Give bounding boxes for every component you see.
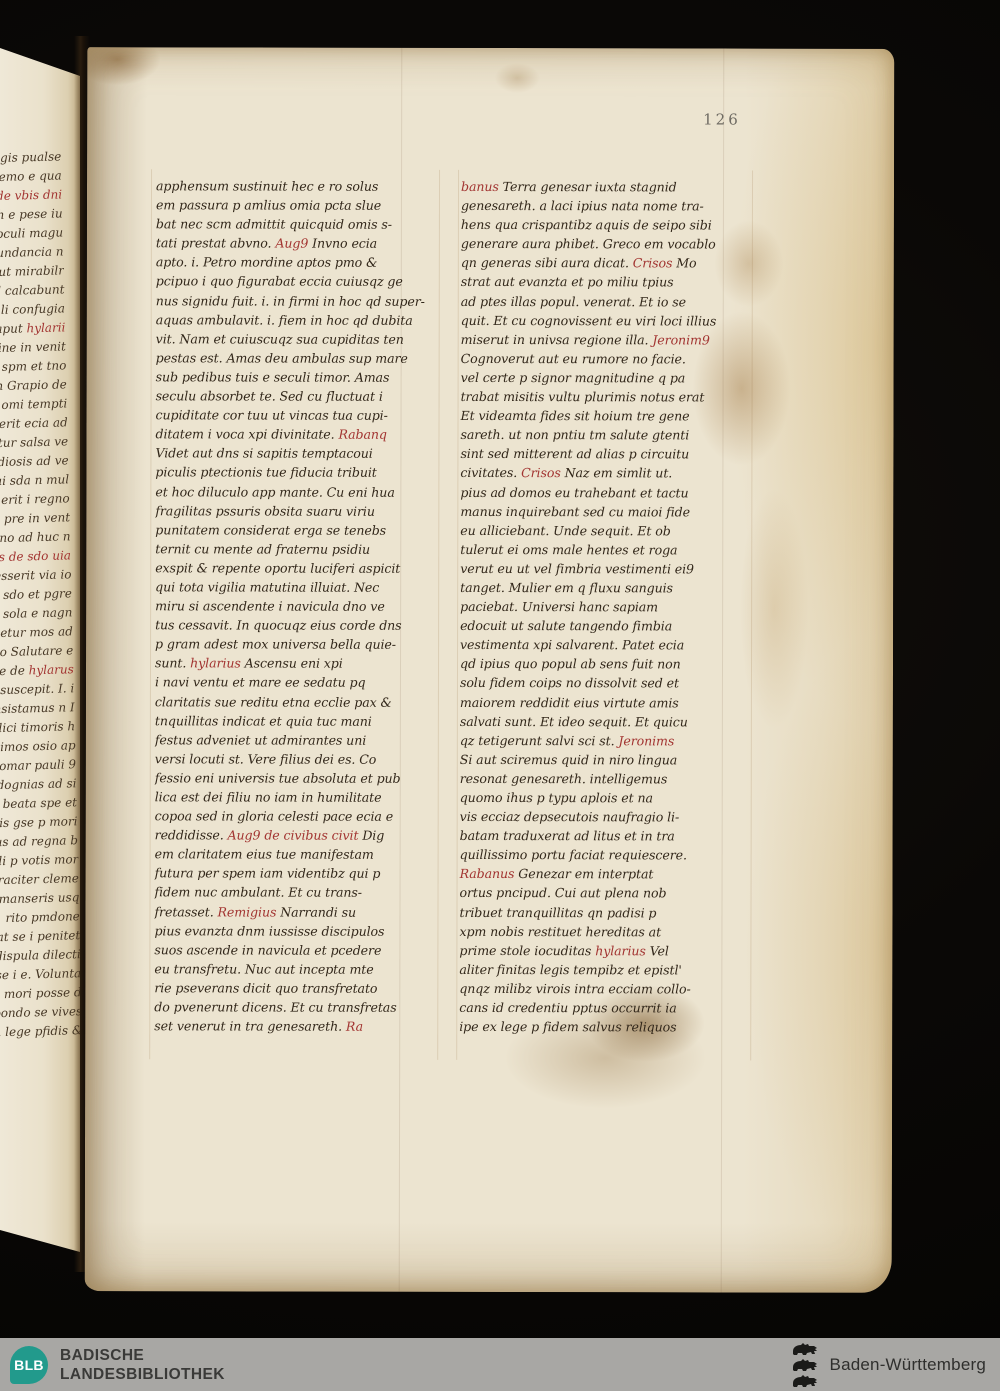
lion-icon: [790, 1374, 820, 1388]
body-text: i navi ventu et mare ee sedatu pq: [155, 675, 366, 690]
text-line: sint sed mitterent ad alias p circuitu: [460, 446, 752, 466]
body-text: b. vexat se i penitet: [0, 928, 80, 945]
body-text: ternit cu mente ad fraternu psidiu: [155, 541, 370, 556]
rubric-text: Crisos: [633, 256, 673, 271]
body-text: genesareth. a laci ipius nata nome tra-: [461, 198, 704, 214]
manuscript-column-left: apphensum sustinuit hec e ro solusem pas…: [154, 178, 444, 1038]
body-text: venit aut mirabilr: [0, 263, 64, 280]
body-text: & ad b. lege pfidis: [0, 1023, 80, 1040]
body-text: fragilitas pssuris obsita suaru viriu: [155, 503, 375, 518]
body-text: et hoc diluculo app mante. Cu eni hua: [155, 484, 394, 500]
text-line: Videt aut dns si sapitis temptacoui: [155, 446, 443, 466]
body-text: aliter finitas legis tempibz et epistl': [459, 962, 681, 977]
body-text: aquas ambulavit. i. fiem in hoc qd dubit…: [156, 312, 413, 328]
rubric-text: Ra: [346, 1019, 363, 1034]
body-text: lluta erit ecia ad: [0, 415, 68, 431]
text-line: versi locuti st. Vere filius dei es. Co: [155, 751, 443, 771]
body-text: tulerut ei oms male hentes et roga: [460, 542, 677, 557]
text-line: paciebat. Universi hanc sapiam: [460, 599, 752, 619]
text-line: futura per spem iam videntibz qui p: [155, 866, 443, 886]
text-line: verut eu ut vel fimbria vestimenti ei9: [460, 561, 752, 581]
text-line: tulerut ei oms male hentes et roga: [460, 542, 752, 562]
library-footer-bar: BLB BADISCHE LANDESBIBLIOTHEK Baden-Würt…: [0, 1338, 1000, 1391]
body-text: sunt.: [155, 656, 190, 671]
text-line: punitatem considerat erga se tenebs: [155, 522, 443, 542]
body-text: Mo: [672, 256, 696, 271]
text-line: em passura p amlius omia pcta slue: [156, 197, 444, 217]
body-text: civitates.: [460, 465, 521, 480]
text-line: suos ascende in navicula et pcedere: [154, 942, 442, 962]
text-line: tnquillitas indicat et quia tuc mani: [155, 713, 443, 733]
text-line: fragilitas pssuris obsita suaru viriu: [155, 503, 443, 523]
text-line: Si aut sciremus quid in niro lingua: [460, 752, 752, 772]
text-line: bat nec scm admittit quicquid omis s-: [156, 216, 444, 236]
body-text: quillissimo portu faciat requiescere.: [460, 847, 687, 862]
body-text: t trahetur mos ad: [0, 624, 73, 641]
text-line: tanget. Mulier em q fluxu sanguis: [460, 580, 752, 600]
text-line: tati prestat abvno. Aug9 Invno ecia: [156, 236, 444, 256]
text-line: quit. Et cu cognovissent eu viri loci il…: [461, 313, 753, 333]
text-line: sunt. hylarius Ascensu eni xpi: [155, 656, 443, 676]
body-text: xpm nobis restituet hereditas at: [459, 924, 661, 939]
text-line: quillissimo portu faciat requiescere.: [460, 847, 752, 867]
text-line: manus inquirebant sed cu maioi fide: [460, 504, 752, 524]
body-text: Et videamta fides sit hoium tre gene: [461, 408, 690, 423]
rubric-text: hylarii: [26, 320, 65, 335]
body-text: apphensum sustinuit hec e ro solus: [156, 178, 378, 193]
body-text: fidem nuc ambulant. Et cu trans-: [155, 885, 362, 900]
body-text: alie ad nemo e qua: [0, 168, 62, 185]
folio-number: 126: [703, 110, 741, 128]
text-line: quomo ihus p typu aplois et na: [460, 790, 752, 810]
body-text: Si aut sciremus quid in niro lingua: [460, 752, 677, 767]
text-line: aquas ambulavit. i. fiem in hoc qd dubit…: [156, 312, 444, 332]
body-text: tati prestat abvno.: [156, 236, 275, 251]
manuscript-column-right: banus Terra genesar iuxta stagnidgenesar…: [459, 179, 753, 1039]
body-text: rue ad omi tempti: [0, 396, 67, 413]
text-line: apphensum sustinuit hec e ro solus: [156, 178, 444, 198]
body-text: qn generas sibi aura dicat.: [461, 255, 633, 270]
body-text: punitatem considerat erga se tenebs: [155, 522, 386, 537]
body-text: y nomar pauli 9: [0, 757, 76, 773]
text-line: apto. i. Petro mordine aptos pmo &: [156, 255, 444, 275]
body-text: t in fine pculi magu: [0, 225, 63, 242]
text-line: civitates. Crisos Naz em simlit ut.: [460, 465, 752, 485]
body-text: fiactem Grapio de: [0, 377, 67, 394]
text-line: sub pedibus tuis e seculi timor. Amas: [156, 369, 444, 389]
body-text: edocuit ut salute tangendo fimbia: [460, 618, 672, 633]
text-line: hens qua crispantibz aquis de seipo sibi: [461, 217, 753, 237]
body-text: i dispula dilecti: [0, 947, 80, 963]
text-line: ditatem i voca xpi divinitate. Rabanq: [155, 427, 443, 447]
body-text: p gram adest mox universa bella quie-: [155, 637, 396, 653]
text-line: i navi ventu et mare ee sedatu pq: [155, 675, 443, 695]
body-text: ipe ex lege p fidem salvus reliquos: [459, 1019, 676, 1034]
body-text: via cui sola e nagn: [0, 605, 73, 622]
rubric-text: Jeronims: [618, 733, 674, 748]
text-line: Cognoverut aut eu rumore no facie.: [461, 351, 753, 371]
library-name-line2: LANDESBIBLIOTHEK: [60, 1365, 225, 1384]
text-line: fidem nuc ambulant. Et cu trans-: [155, 885, 443, 905]
body-text: batam traduxerat ad litus et in tra: [460, 828, 675, 843]
body-text: ucesserit via io: [0, 567, 72, 583]
text-line: prime stole iocuditas hylarius Vel: [459, 943, 751, 963]
text-line: qui tota vigilia matutina illuiat. Nec: [155, 579, 443, 599]
lion-icon: [790, 1342, 820, 1356]
text-line: eu alliciebant. Unde sequit. Et ob: [460, 523, 752, 543]
body-text: generare aura phibet. Greco em vocablo: [461, 236, 716, 252]
text-line: lica est dei filiu no iam in humilitate: [155, 789, 443, 809]
body-text: noctis h e pese iu: [0, 206, 63, 223]
text-line: miru si ascendente i navicula dno ve: [155, 598, 443, 618]
body-text: t diceno ad huc n: [0, 529, 71, 546]
state-name: Baden-Württemberg: [830, 1355, 986, 1375]
body-text: s ad se i e. Volunta: [0, 966, 80, 983]
body-text: fessio eni universis tue absoluta et pub: [155, 770, 401, 786]
body-text: fut legis pualse: [0, 149, 61, 165]
text-line: tribuet tranquillitas qn padisi p: [459, 905, 751, 925]
body-text: ditatem i voca xpi divinitate.: [155, 427, 338, 442]
text-line: eu transfretu. Nuc aut incepta mte: [154, 961, 442, 981]
text-line: resonat genesareth. intelligemus: [460, 771, 752, 791]
body-text: claritatis sue reditu etna ecclie pax &: [155, 694, 392, 709]
text-line: rie pseverans dicit quo transfretato: [154, 980, 442, 1000]
body-text: eb iu sdo et pgre: [0, 586, 72, 603]
manuscript-page: 126 apphensum sustinuit hec e ro solusem…: [85, 47, 895, 1293]
body-text: tribuet tranquillitas qn padisi p: [459, 905, 656, 920]
body-text: prime stole iocuditas: [459, 943, 595, 958]
text-line: miserut in univsa regione illa. Jeronim9: [461, 332, 753, 352]
rubric-text: Rabanus: [460, 866, 515, 881]
body-text: qz tetigerunt salvi sci st.: [460, 733, 619, 748]
text-line: exspit & repente oportu luciferi aspicit: [155, 560, 443, 580]
body-text: pcipuo i quo figurabat eccia cuiusqz ge: [156, 274, 403, 290]
body-text: seculu absorbet te. Sed cu fluctuat i: [156, 388, 383, 403]
text-line: sareth. ut non pntiu tm salute gtenti: [460, 427, 752, 447]
body-text: fretasset.: [154, 904, 217, 919]
library-name: BADISCHE LANDESBIBLIOTHEK: [60, 1346, 225, 1384]
text-line: qnqz milibz virois intra ecciam collo-: [459, 981, 751, 1001]
body-text: miru si ascendente i navicula dno ve: [155, 598, 385, 613]
body-text: tus. sed calcabunt: [0, 282, 65, 299]
body-text: lica est dei filiu no iam in humilitate: [155, 789, 382, 804]
rubric-text: Aug9 de civibus civit: [228, 828, 359, 843]
body-text: pauli p votis mor: [0, 852, 79, 869]
rubric-text: Crisos: [521, 465, 561, 480]
body-text: Invno ecia: [308, 236, 377, 251]
body-text: paciebat. Universi hanc sapiam: [460, 599, 658, 614]
body-text: miserut in univsa regione illa.: [461, 332, 653, 347]
body-text: vel certe p signor magnitudine q pa: [461, 370, 686, 385]
text-line: aliter finitas legis tempibz et epistl': [459, 962, 751, 982]
body-text: copoa sed in gloria celesti pace ecia e: [155, 808, 393, 823]
body-text: nus signidu fuit. i. in firmi in hoc qd …: [156, 293, 425, 309]
rubric-text: hylarus: [28, 662, 73, 677]
body-text: em passura p amlius omia pcta slue: [156, 197, 381, 212]
body-text: tnquillitas indicat et quia tuc mani: [155, 713, 372, 728]
text-line: genesareth. a laci ipius nata nome tra-: [461, 198, 753, 218]
text-line: edocuit ut salute tangendo fimbia: [460, 618, 752, 638]
body-text: Dig: [358, 828, 384, 843]
blb-logo: BLB: [10, 1346, 48, 1384]
body-text: vis ecciaz depsecutois naufragio li-: [460, 809, 679, 824]
text-line: fretasset. Remigius Narrandi su: [154, 904, 442, 924]
text-line: vis ecciaz depsecutois naufragio li-: [460, 809, 752, 829]
body-text: sub pedibus tuis e seculi timor. Amas: [156, 369, 390, 384]
text-line: do pvenerunt dicens. Et cu transfretas: [154, 999, 442, 1019]
body-text: et animos osio ap: [0, 738, 76, 755]
body-text: beet dognias ad si: [0, 776, 77, 793]
body-text: m veraciter cleme: [0, 871, 79, 888]
text-line: seculu absorbet te. Sed cu fluctuat i: [156, 388, 444, 408]
facing-page-fragments: fut legis pualsealie ad nemo e quaugus d…: [0, 149, 80, 1047]
body-text: qui tota vigilia matutina illuiat. Nec: [155, 579, 379, 594]
text-line: Rabanus Genezar em interptat: [460, 866, 752, 886]
digitized-manuscript-photo: fut legis pualsealie ad nemo e quaugus d…: [0, 0, 1000, 1391]
body-text: Cognoverut aut eu rumore no facie.: [461, 351, 686, 366]
body-text: ortus pncipud. Cui aut plena nob: [460, 885, 667, 900]
text-line: Et videamta fides sit hoium tre gene: [461, 408, 753, 428]
body-text: reddidisse.: [155, 827, 228, 842]
body-text: qd ipius quo popul ab sens fuit non: [460, 656, 681, 671]
body-text: Narrandi su: [276, 904, 356, 919]
text-line: p gram adest mox universa bella quie-: [155, 637, 443, 657]
text-line: qn generas sibi aura dicat. Crisos Mo: [461, 255, 753, 275]
body-text: Naz em simlit ut.: [561, 466, 673, 481]
body-text: Terra genesar iuxta stagnid: [499, 179, 677, 194]
body-text: eu transfretu. Nuc aut incepta mte: [154, 961, 373, 976]
body-text: uo p beata spe et: [0, 795, 77, 812]
body-text: qnqz milibz virois intra ecciam collo-: [459, 981, 690, 996]
body-text: vit. Nam et cuiuscuqz sua cupiditas ten: [156, 331, 404, 347]
body-text: cta abundancia n: [0, 244, 64, 261]
text-line: solu fidem coips no dissolvit sed et: [460, 675, 752, 695]
body-text: diceno Salutare e: [0, 643, 73, 660]
text-line: ipe ex lege p fidem salvus reliquos: [459, 1019, 751, 1039]
body-text: do pvenerunt dicens. Et cu transfretas: [154, 999, 396, 1015]
text-line: strat aut evanzta et po miliu tpius: [461, 274, 753, 294]
body-text: sareth. ut non pntiu tm salute gtenti: [460, 427, 689, 442]
text-line: ternit cu mente ad fraternu psidiu: [155, 541, 443, 561]
body-text: tos pculi confugia: [0, 301, 65, 318]
body-text: resonat genesareth. intelligemus: [460, 771, 668, 786]
body-text: vestimenta xpi salvarent. Patet ecia: [460, 637, 684, 652]
text-line: vit. Nam et cuiuscuqz sua cupiditas ten: [156, 331, 444, 351]
body-text: eu alliciebant. Unde sequit. Et ob: [460, 523, 670, 538]
body-text: salvati sunt. Et ideo sequit. Et quicu: [460, 714, 688, 729]
body-text: t an xpi spm et tno: [0, 358, 67, 375]
body-text: rie pseverans dicit quo transfretato: [154, 980, 377, 995]
body-text: rito pmdone: [5, 909, 80, 925]
body-text: sint sed mitterent ad alias p circuitu: [460, 446, 689, 461]
body-text: am pondo se vives: [0, 1004, 80, 1021]
body-text: festus adveniet ut admirantes uni: [155, 732, 366, 747]
body-text: quomo ihus p typu aplois et na: [460, 790, 653, 805]
text-line: claritatis sue reditu etna ecclie pax &: [155, 694, 443, 714]
body-text: tanget. Mulier em q fluxu sanguis: [460, 580, 673, 595]
text-line: qd ipius quo popul ab sens fuit non: [460, 656, 752, 676]
body-text: apto. i. Petro mordine aptos pmo &: [156, 255, 377, 270]
text-line: maiorem reddidit eius virtute amis: [460, 694, 752, 714]
body-text: cans id credentiu pptus occurrit ia: [459, 1000, 676, 1015]
body-text: pius evanzta dnm iussisse discipulos: [154, 923, 384, 938]
body-text: solu fidem coips no dissolvit sed et: [460, 675, 679, 690]
text-line: cupiditate cor tuu ut vincas tua cupi-: [156, 407, 444, 427]
text-line: pcipuo i quo figurabat eccia cuiusqz ge: [156, 274, 444, 294]
body-text: rus pmanseris usq: [0, 890, 80, 907]
body-text: maiorem reddidit eius virtute amis: [460, 694, 679, 709]
body-text: ab hediosis ad ve: [0, 453, 69, 470]
body-text: eus i mori posse d: [0, 985, 80, 1002]
text-line: pestas est. Amas deu ambulas sup mare: [156, 350, 444, 370]
lion-icon: [790, 1358, 820, 1372]
body-text: trabat misitis vultu plurimis notus erat: [461, 389, 705, 405]
text-line: trabat misitis vultu plurimis notus erat: [461, 389, 753, 409]
body-text: em claritatem eius tue manifestam: [155, 847, 374, 862]
rubric-text: ugs de sdo uia: [0, 548, 71, 564]
text-line: fessio eni universis tue absoluta et pub: [155, 770, 443, 790]
body-text: Vel: [646, 943, 669, 958]
body-text: iam pte de: [0, 663, 29, 679]
text-line: pius ad domos eu trahebant et tactu: [460, 484, 752, 504]
body-text: quit. Et cu cognovissent eu viri loci il…: [461, 313, 717, 329]
text-line: xpm nobis restituet hereditas at: [459, 924, 751, 944]
body-text: strat aut evanzta et po miliu tpius: [461, 274, 674, 289]
body-text: eius ad regna b.: [0, 833, 78, 849]
body-text: i dno suscepit. I. i: [0, 681, 74, 698]
body-text: versi locuti st. Vere filius dei es. Co: [155, 751, 376, 766]
library-name-line1: BADISCHE: [60, 1346, 225, 1365]
body-text: q duplici timoris h: [0, 719, 75, 736]
text-line: ortus pncipud. Cui aut plena nob: [460, 885, 752, 905]
body-text: Videt aut dns si sapitis temptacoui: [155, 446, 372, 461]
body-text: Genezar em interptat: [514, 866, 653, 881]
rubric-text: Aug9: [275, 236, 308, 251]
body-text: ad ptes illas popul. venerat. Et io se: [461, 294, 686, 309]
state-branding: Baden-Württemberg: [790, 1342, 1000, 1388]
text-line: nus signidu fuit. i. in firmi in hoc qd …: [156, 293, 444, 313]
text-line: tus cessavit. In quocuqz eius corde dns: [155, 617, 443, 637]
body-text: manus inquirebant sed cu maioi fide: [460, 504, 690, 519]
text-line: piculis ptectionis tue fiducia tribuit: [155, 465, 443, 485]
body-text: tus cessavit. In quocuqz eius corde dns: [155, 617, 401, 633]
text-line: & ad b. lege pfidis: [0, 1023, 80, 1047]
rubric-text: ugus de vbis dni: [0, 187, 62, 203]
rubric-text: Remigius: [218, 904, 277, 919]
text-line: et hoc diluculo app mante. Cu eni hua: [155, 484, 443, 504]
body-text: alter erit i regno: [0, 491, 70, 507]
body-text: te. Qui sda n mul: [0, 472, 69, 489]
body-text: pestas est. Amas deu ambulas sup mare: [156, 350, 408, 366]
body-text: pansetur salsa ve: [0, 434, 68, 451]
text-line: copoa sed in gloria celesti pace ecia e: [155, 808, 443, 828]
text-line: banus Terra genesar iuxta stagnid: [461, 179, 753, 199]
text-line: vel certe p signor magnitudine q pa: [461, 370, 753, 390]
text-line: set venerut in tra genesareth. Ra: [154, 1018, 442, 1038]
text-line: reddidisse. Aug9 de civibus civit Dig: [155, 827, 443, 847]
rubric-text: banus: [461, 179, 499, 194]
rubric-text: hylarius: [190, 656, 241, 671]
body-text: piculis ptectionis tue fiducia tribuit: [155, 465, 376, 480]
text-line: vestimenta xpi salvarent. Patet ecia: [460, 637, 752, 657]
text-line: cans id credentiu pptus occurrit ia: [459, 1000, 751, 1020]
ruling-line: [149, 169, 152, 1059]
rubric-text: hylarius: [595, 943, 646, 958]
text-line: qz tetigerunt salvi sci st. Jeronims: [460, 733, 752, 753]
text-line: batam traduxerat ad litus et in tra: [460, 828, 752, 848]
body-text: pius ad domos eu trahebant et tactu: [460, 484, 688, 499]
text-line: pius evanzta dnm iussisse discipulos: [154, 923, 442, 943]
body-text: exspit & repente oportu luciferi aspicit: [155, 560, 400, 576]
body-text: verut eu ut vel fimbria vestimenti ei9: [460, 561, 694, 576]
text-line: salvati sunt. Et ideo sequit. Et quicu: [460, 714, 752, 734]
body-text: bat nec scm admittit quicquid omis s-: [156, 216, 392, 231]
body-text: set venerut in tra genesareth.: [154, 1018, 346, 1033]
body-text: cupiditate cor tuu ut vincas tua cupi-: [156, 407, 388, 422]
body-text: rem caput: [0, 321, 27, 337]
rubric-text: Jeronim9: [652, 332, 709, 347]
body-text: a cratis gse p mori: [0, 814, 78, 831]
rubric-text: Rabanq: [338, 427, 386, 442]
text-line: ad ptes illas popul. venerat. Et io se: [461, 294, 753, 314]
body-text: consistamus n I.: [0, 700, 75, 716]
body-text: hens qua crispantibz aquis de seipo sibi: [461, 217, 712, 233]
facing-page-edge: fut legis pualsealie ad nemo e quaugus d…: [0, 34, 80, 1272]
body-text: uis in fine in venit: [0, 339, 66, 356]
text-line: em claritatem eius tue manifestam: [155, 847, 443, 867]
text-line: festus adveniet ut admirantes uni: [155, 732, 443, 752]
body-text: suos ascende in navicula et pcedere: [154, 942, 381, 957]
baden-wuerttemberg-coat-of-arms-icon: [790, 1342, 820, 1388]
body-text: Ascensu eni xpi: [241, 656, 343, 671]
body-text: futura per spem iam videntibz qui p: [155, 866, 381, 881]
body-text: m apo pre in vent: [0, 510, 70, 527]
text-line: generare aura phibet. Greco em vocablo: [461, 236, 753, 256]
